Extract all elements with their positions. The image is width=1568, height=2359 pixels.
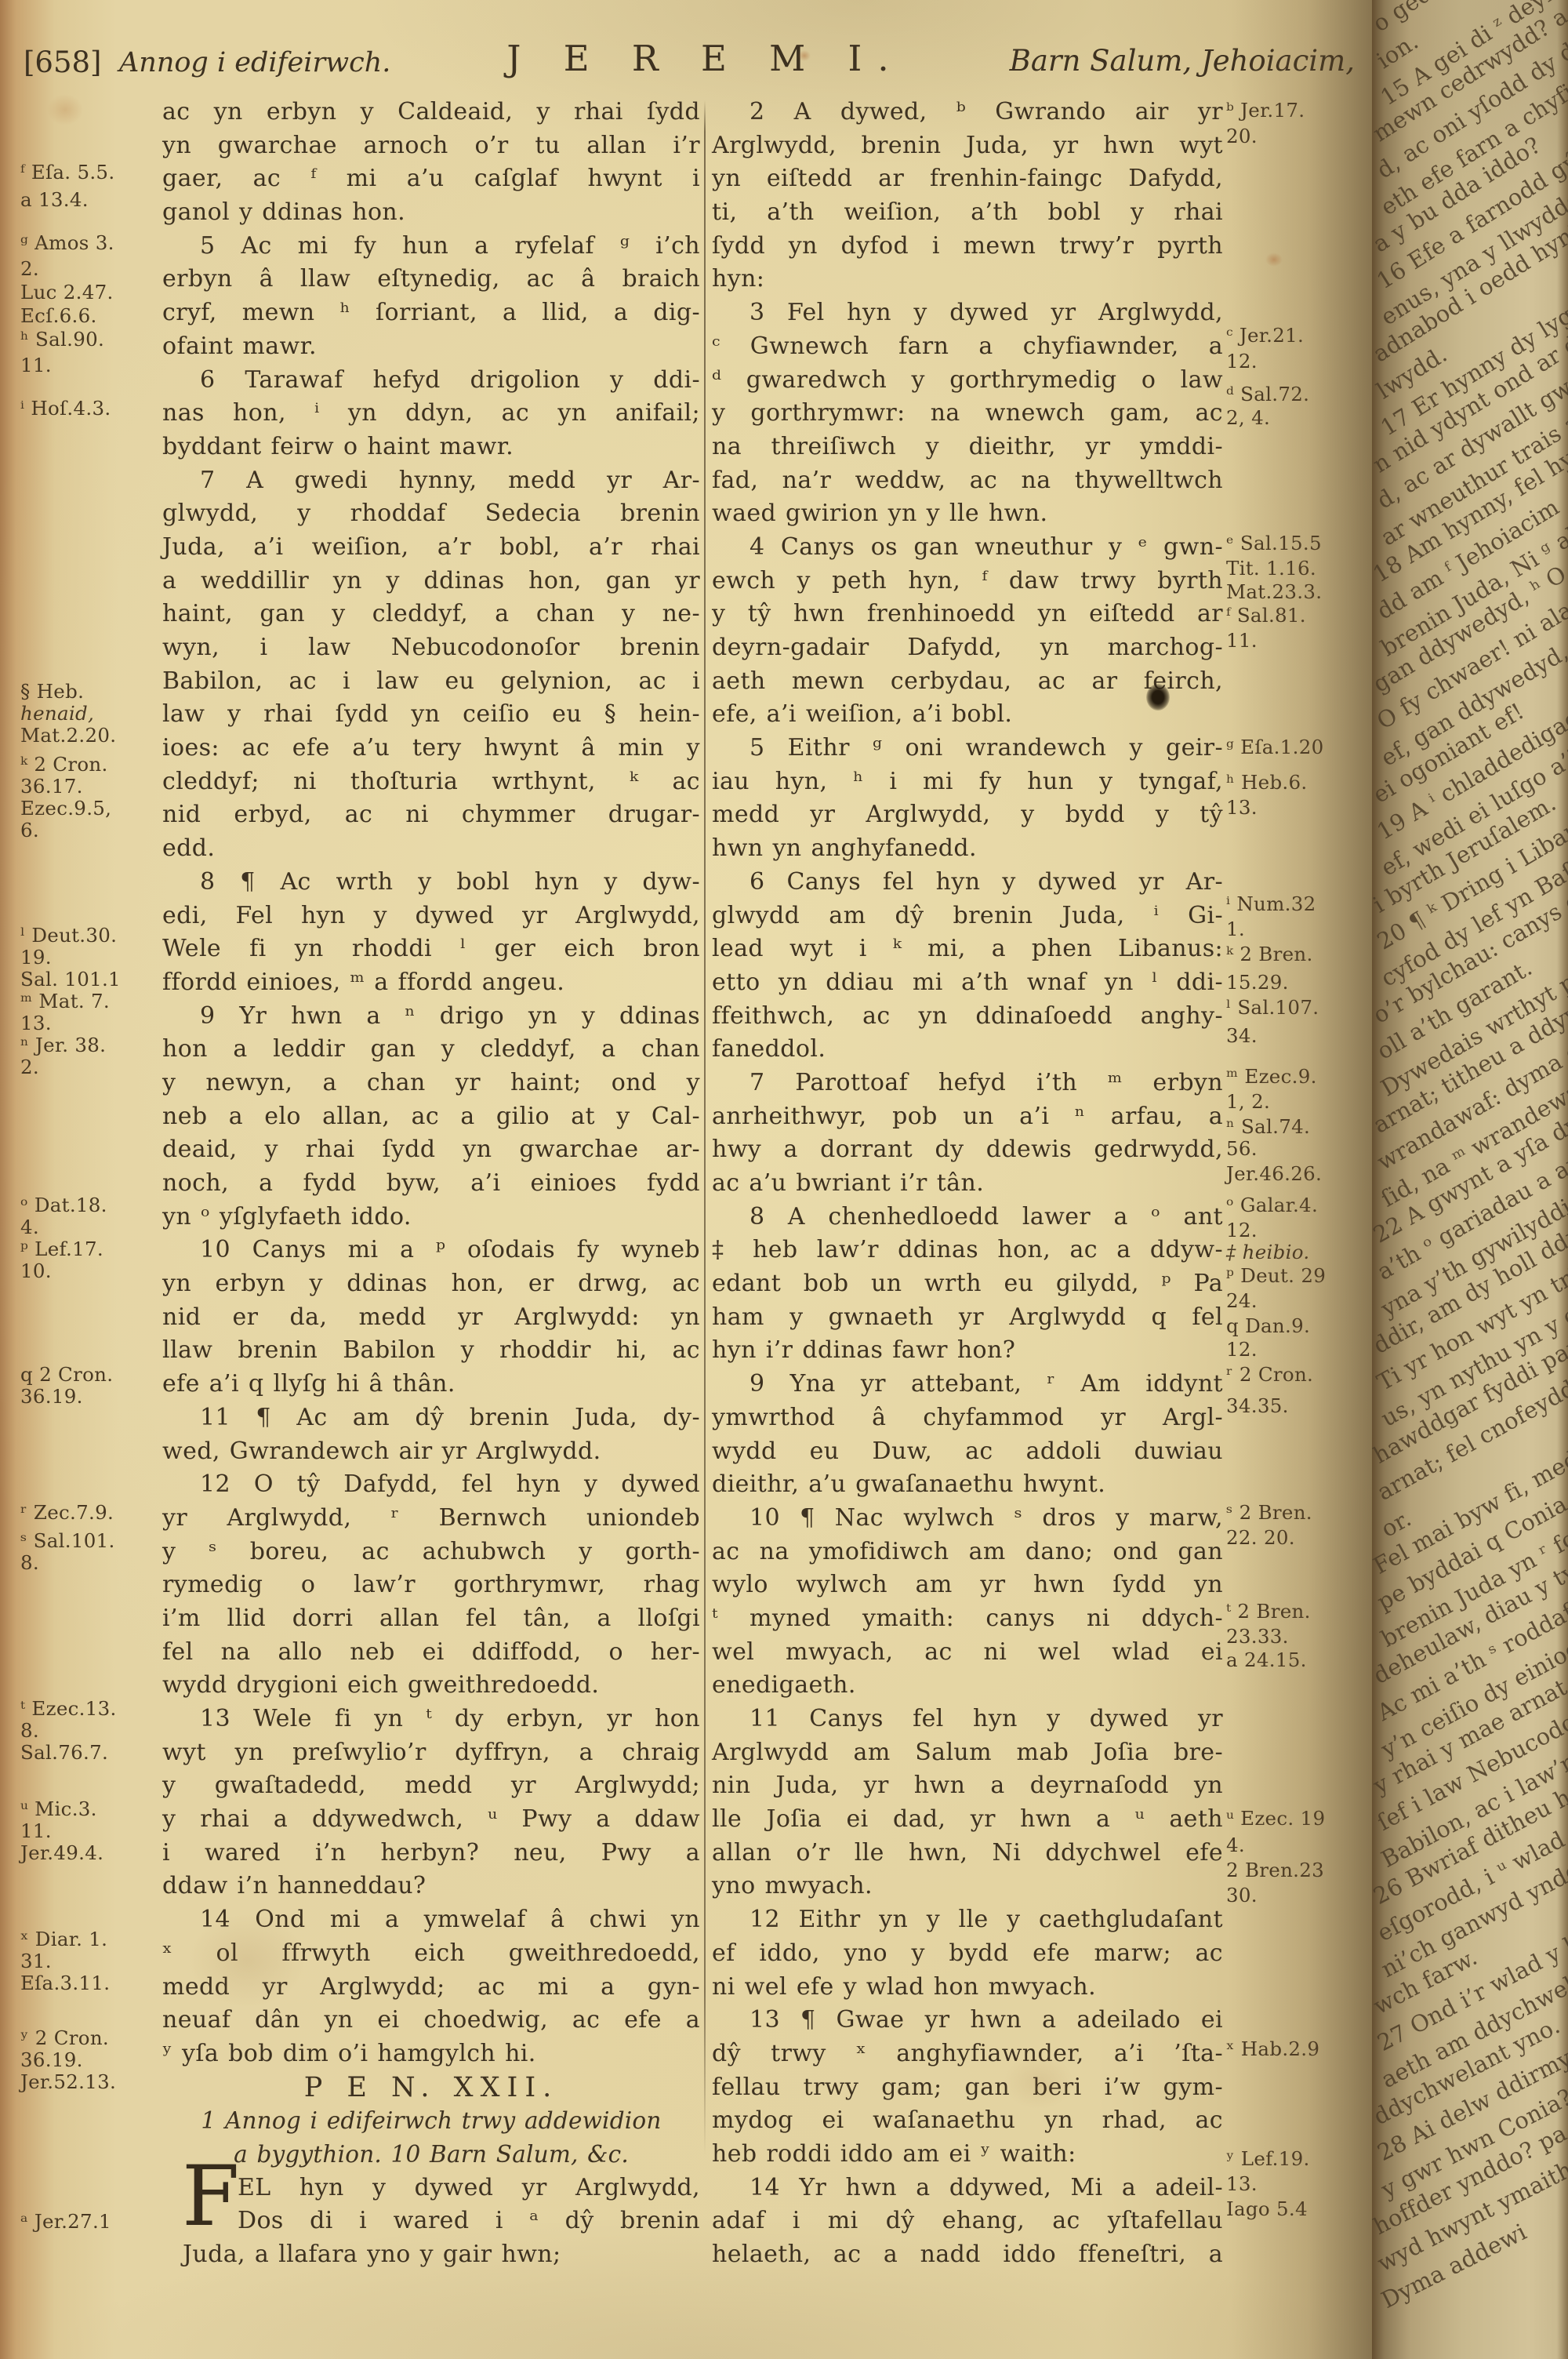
text-line: llaw brenin Babilon y rhoddir hi, ac bbox=[162, 1334, 700, 1368]
text-line: hyn i’r ddinas fawr hon? bbox=[712, 1334, 1223, 1368]
text-line: wed, Gwrandewch air yr Arglwydd. bbox=[162, 1435, 700, 1469]
margin-reference-note: ᶠ Eſa. 5.5. bbox=[20, 162, 114, 183]
text-line: 14 Yr hwn a ddywed, Mi a adeil- bbox=[712, 2172, 1223, 2205]
curled-page-text-fragment: 20 ¶ ᵏ Dring i Libanus, a g bbox=[1372, 776, 1568, 955]
text-line: nas hon, ⁱ yn ddyn, ac yn anifail; bbox=[162, 397, 700, 431]
curled-page-text-fragment: ſef i law Nebucodonoſor bbox=[1373, 1679, 1568, 1836]
text-line: yr Arglwydd, ʳ Bernwch uniondeb bbox=[162, 1502, 700, 1536]
curled-page-text-fragment: wyd hwynt ymaith bbox=[1373, 2156, 1568, 2277]
margin-reference-note: ᵏ 2 Bren. bbox=[1226, 944, 1313, 965]
curled-page-text-fragment: 28 Ai delw ddirmygus ddrylli bbox=[1373, 1987, 1568, 2166]
text-line: deyrn-gadair Dafydd, yn marchog- bbox=[712, 631, 1223, 665]
curled-page-text-fragment: 16 Efe a farnodd gŵyn y tlaw bbox=[1372, 86, 1568, 294]
margin-reference-note: ᵐ Mat. 7. bbox=[20, 991, 110, 1012]
text-line: P E N. XXII. bbox=[162, 2071, 700, 2105]
text-line: nid erbyd, ac ni chymmer drugar- bbox=[162, 798, 700, 832]
curled-page-text-fragment: 22 A gwynt a yſa dy holl fu bbox=[1372, 1070, 1568, 1249]
margin-reference-note: Ecſ.6.6. bbox=[20, 306, 97, 326]
text-line: ti, a’th weiſion, a’th bobl y rhai bbox=[712, 196, 1223, 230]
margin-reference-note: ʸ 2 Cron. bbox=[20, 2028, 109, 2048]
margin-reference-note: ˣ Diar. 1. bbox=[20, 1929, 107, 1950]
margin-reference-note: ʳ 2 Cron. bbox=[1226, 1365, 1313, 1385]
text-line: neb a elo allan, ac a gilio at y Cal- bbox=[162, 1100, 700, 1134]
text-line: 5 Ac mi fy hun a ryfelaf ᵍ i’ch bbox=[162, 230, 700, 264]
text-line: y rhai a ddywedwch, ᵘ Pwy a ddaw bbox=[162, 1803, 700, 1837]
margin-reference-note: 13. bbox=[20, 1013, 52, 1034]
text-line: noch, a fydd byw, a’i einioes fydd bbox=[162, 1167, 700, 1201]
margin-reference-note: 8. bbox=[20, 1721, 39, 1741]
margin-reference-note: ⁱ Num.32 bbox=[1226, 894, 1316, 914]
text-line: cryf, mewn ʰ ſorriant, a llid, a dig- bbox=[162, 296, 700, 330]
text-line: 9 Yna yr attebant, ʳ Am iddynt bbox=[712, 1368, 1223, 1401]
curled-page-text-fragment: cyfod dy lef yn Baſan, a bbox=[1376, 829, 1568, 991]
margin-reference-note: q 2 Cron. bbox=[20, 1365, 113, 1385]
margin-reference-note: ˢ 2 Bren. bbox=[1226, 1503, 1312, 1523]
text-line: wydd drygioni eich gweithredoedd. bbox=[162, 1669, 700, 1703]
text-line: na threiſiwch y dieithr, yr ymddi- bbox=[712, 431, 1223, 464]
margin-reference-note: ᵗ Ezec.13. bbox=[20, 1699, 117, 1719]
margin-reference-note: Mat.23.3. bbox=[1226, 582, 1322, 602]
curled-page-text-fragment: dd am ᶠ Jehoiacim bbox=[1372, 493, 1563, 624]
text-line: allan o’r lle hwn, Ni ddychwel efe bbox=[712, 1837, 1223, 1870]
margin-reference-note: ˣ Hab.2.9 bbox=[1226, 2039, 1319, 2059]
text-line: ofaint mawr. bbox=[162, 330, 700, 364]
margin-reference-note: 12. bbox=[1226, 351, 1258, 372]
text-line: 12 Eithr yn y lle y caethgludaſant bbox=[712, 1903, 1223, 1937]
curled-page-text-fragment: deheulaw, diau y tynnwn di bbox=[1372, 1513, 1568, 1689]
margin-reference-note: 2. bbox=[20, 259, 39, 279]
bible-page-scan: [658] Annog i edifeirwch. J E R E M I. B… bbox=[0, 0, 1568, 2359]
margin-reference-note: Jer.49.4. bbox=[20, 1843, 103, 1863]
margin-reference-note: Tit. 1.16. bbox=[1226, 558, 1316, 579]
margin-reference-note: Jer.52.13. bbox=[20, 2072, 116, 2092]
text-line: hon a leddir gan y cleddyf, a chan bbox=[162, 1033, 700, 1067]
margin-reference-note: 12. bbox=[1226, 1220, 1258, 1241]
text-line: 13 ¶ Gwae yr hwn a adeilado ei bbox=[712, 2004, 1223, 2037]
margin-reference-note: ⁱ Hoſ.4.3. bbox=[20, 398, 111, 419]
curled-page-text-fragment: y rhai y mae arnat ofn eu bbox=[1372, 1636, 1568, 1800]
curled-page-text-fragment: hawddgar fyddi pan bbox=[1372, 1332, 1568, 1469]
margin-reference-note: ᵃ Jer.27.1 bbox=[20, 2212, 111, 2232]
margin-reference-note: 15.29. bbox=[1226, 972, 1289, 993]
text-line: ac na ymofidiwch am dano; ond gan bbox=[712, 1536, 1223, 1569]
margin-reference-note: henaid, bbox=[20, 703, 94, 724]
text-line: y gorthrymwr: na wnewch gam, ac bbox=[712, 397, 1223, 431]
margin-reference-note: 34.35. bbox=[1226, 1396, 1289, 1416]
curled-page-text-fragment: ddychwelant yno. bbox=[1372, 2012, 1564, 2130]
text-line: yn ᵒ yſglyfaeth iddo. bbox=[162, 1201, 700, 1234]
text-line: iau hyn, ʰ i mi fy hun y tyngaf, bbox=[712, 765, 1223, 799]
margin-reference-note: Eſa.3.11. bbox=[20, 1973, 110, 1994]
margin-reference-note: § Heb. bbox=[20, 682, 84, 702]
curled-page-text-fragment: adnabod i oedd hyn? med bbox=[1372, 185, 1568, 368]
curled-page-text-fragment: us, yn nythu yn y cedrw bbox=[1377, 1272, 1568, 1432]
text-line: adaf i mi dŷ ehang, ac yſtafellau bbox=[712, 2205, 1223, 2238]
curled-page-text-fragment: ef, wedi ei luſgo a’i daf bbox=[1376, 722, 1568, 881]
margin-reference-note: 6. bbox=[20, 820, 39, 841]
margin-reference-note: 1, 2. bbox=[1226, 1092, 1270, 1112]
text-line: 5 Eithr ᵍ oni wrandewch y geir- bbox=[712, 732, 1223, 765]
rust-stain bbox=[1265, 253, 1283, 267]
margin-reference-note: 11. bbox=[20, 1821, 52, 1841]
curled-page-text-fragment: o’r bylchau: canys dinyſtr bbox=[1372, 853, 1568, 1028]
text-line: dŷ trwy ˣ anghyfiawnder, a’i ’ſta- bbox=[712, 2037, 1223, 2071]
margin-reference-note: ᵐ Ezec.9. bbox=[1226, 1067, 1317, 1087]
text-line: cleddyf; ni thoſturia wrthynt, ᵏ ac bbox=[162, 765, 700, 799]
margin-reference-note: 56. bbox=[1226, 1139, 1258, 1159]
margin-reference-note: ˢ Sal.101. bbox=[20, 1531, 115, 1551]
curled-page-text-fragment: y’n ceiſio dy einioes, a bbox=[1377, 1615, 1568, 1762]
text-line: 2 A dywed, ᵇ Gwrando air yr bbox=[712, 96, 1223, 129]
text-line: 14 Ond mi a ymwelaf â chwi yn bbox=[162, 1903, 700, 1937]
text-line: anrheithwyr, pob un a’i ⁿ arfau, a bbox=[712, 1100, 1223, 1134]
text-line: y newyn, a chan yr haint; ond y bbox=[162, 1067, 700, 1100]
curled-page-text-fragment: pe byddai q Conia mab bbox=[1373, 1463, 1568, 1616]
curled-page-text-fragment: wch farw. bbox=[1372, 1943, 1482, 2019]
margin-reference-note: ʸ Lef.19. bbox=[1226, 2149, 1310, 2169]
text-line: edd. bbox=[162, 832, 700, 866]
text-line: Juda, a’i weiſion, a’r bobl, a’r rhai bbox=[162, 531, 700, 565]
text-line: 7 Parottoaf hefyd i’th ᵐ erbyn bbox=[712, 1067, 1223, 1100]
text-line: ᵗ myned ymaith: canys ni ddych- bbox=[712, 1602, 1223, 1636]
text-line: enedigaeth. bbox=[712, 1669, 1223, 1703]
text-line: mydog ei waſanaethu yn rhad, ac bbox=[712, 2104, 1223, 2138]
text-line: wyn, i law Nebucodonoſor brenin bbox=[162, 631, 700, 665]
running-header-right: Barn Salum, Jehoiacim, bbox=[862, 44, 1355, 78]
margin-reference-note: Mat.2.20. bbox=[20, 725, 116, 746]
curled-page-text-fragment: ef, gan ddywedyd, Oh Ior! bbox=[1376, 591, 1568, 772]
text-line: aeth mewn cerbydau, ac ar feirch, bbox=[712, 665, 1223, 699]
curled-page-text-fragment: ar wneuthur trais a cham. bbox=[1376, 368, 1568, 551]
text-line: ffeithwch, ac yn ddinaſoedd anghy- bbox=[712, 1000, 1223, 1034]
text-line: neuaf dân yn ei choedwig, ac efe a bbox=[162, 2004, 700, 2037]
margin-reference-note: ᵒ Dat.18. bbox=[20, 1195, 107, 1216]
curled-page-text-fragment: Dyma addewi bbox=[1377, 2218, 1530, 2314]
curled-page-text-fragment: lwydd. bbox=[1372, 340, 1452, 404]
margin-reference-note: 31. bbox=[20, 1951, 52, 1972]
margin-reference-note: 34. bbox=[1226, 1026, 1258, 1046]
text-line: nin Juda, yr hwn a deyrnaſodd yn bbox=[712, 1769, 1223, 1803]
text-line: wydd eu Duw, ac addoli duwiau bbox=[712, 1435, 1223, 1469]
margin-reference-note: 11. bbox=[1226, 631, 1258, 651]
text-line: ioes: ac efe a’u tery hwynt â min y bbox=[162, 732, 700, 765]
text-line: y gwaſtadedd, medd yr Arglwydd; bbox=[162, 1769, 700, 1803]
curled-page-text-fragment: d, ac oni yſodd dy dad, a bbox=[1372, 6, 1568, 184]
curled-page-text-fragment: n nid ydynt ond ar dy ᵉ gyb bbox=[1372, 288, 1568, 478]
text-line: wyt yn preſwylio’r dyffryn, a chraig bbox=[162, 1736, 700, 1770]
curled-page-text-fragment: enus, yna y llwyddodd: bbox=[1376, 165, 1568, 330]
margin-reference-note: ᵖ Lef.17. bbox=[20, 1239, 103, 1259]
text-line: law y rhai ſydd yn ceiſio eu § hein- bbox=[162, 698, 700, 732]
text-line: Babilon, ac i law eu gelynion, ac i bbox=[162, 665, 700, 699]
curled-page-text-fragment: wrandawaf: dyma dy arfer bbox=[1373, 998, 1568, 1176]
text-line: 10 ¶ Nac wylwch ˢ dros y marw, bbox=[712, 1502, 1223, 1536]
curled-page-text-fragment: mewn cedrwydd? a oni f bbox=[1372, 0, 1568, 147]
text-line: i wared i’n herbyn? neu, Pwy a bbox=[162, 1837, 700, 1870]
curled-page-text-fragment: Dywedais wrthyt pan oed bbox=[1376, 929, 1568, 1101]
curled-page-text-fragment: arnat; fel cnofeydd gw bbox=[1373, 1354, 1568, 1506]
text-line: dieithr, a’u gwaſanaethu hwynt. bbox=[712, 1468, 1223, 1502]
margin-reference-note: q Dan.9. bbox=[1226, 1316, 1310, 1336]
text-line: 6 Canys fel hyn y dywed yr Ar- bbox=[712, 866, 1223, 900]
margin-reference-note: 2. bbox=[20, 1057, 39, 1078]
text-line: ‡ heb law’r ddinas hon, ac a ddyw- bbox=[712, 1234, 1223, 1267]
text-line: ewch y peth hyn, ᶠ daw trwy byrth bbox=[712, 565, 1223, 598]
curled-page-text-fragment: brenin Juda, Ni ᵍ alaran bbox=[1376, 493, 1568, 661]
text-line: hwn yn anghyfanedd. bbox=[712, 832, 1223, 866]
margin-reference-note: Sal.76.7. bbox=[20, 1743, 108, 1763]
margin-reference-note: ᵏ 2 Cron. bbox=[20, 754, 108, 775]
text-line: yn erbyn y ddinas hon, er drwg, ac bbox=[162, 1267, 700, 1301]
text-line: 7 A gwedi hynny, medd yr Ar- bbox=[162, 464, 700, 498]
curled-page-text-fragment: Ac mi a’th ˢ roddaf di yn bbox=[1373, 1567, 1568, 1725]
text-line: fel na allo neb ei ddiffodd, o her- bbox=[162, 1636, 700, 1670]
text-line: efe a’i q llyſg hi â thân. bbox=[162, 1368, 700, 1401]
text-line: 3 Fel hyn y dywed yr Arglwydd, bbox=[712, 296, 1223, 330]
curled-page-text-fragment: eth efe farn a chyfiawnder bbox=[1376, 31, 1568, 220]
text-line: 13 Wele fi yn ᵗ dy erbyn, yr hon bbox=[162, 1703, 700, 1736]
text-line: y ˢ boreu, ac achubwch y gorth- bbox=[162, 1536, 700, 1569]
curled-page-text-fragment: 17 Er hynny dy lygaid di bbox=[1376, 267, 1568, 441]
text-line: haint, gan y cleddyf, a chan y ne- bbox=[162, 598, 700, 631]
margin-reference-note: ᵇ Jer.17. bbox=[1226, 100, 1305, 121]
text-line: medd yr Arglwydd; ac mi a gyn- bbox=[162, 1971, 700, 2005]
margin-reference-note: 19. bbox=[20, 947, 52, 968]
text-line: Juda, a llafara yno y gair hwn; bbox=[162, 2238, 700, 2272]
margin-reference-note: ᵗ 2 Bren. bbox=[1226, 1601, 1311, 1622]
margin-reference-note: 23.33. bbox=[1226, 1627, 1289, 1647]
text-line: edant bob un wrth eu gilydd, ᵖ Pa bbox=[712, 1267, 1223, 1301]
margin-reference-note: 24. bbox=[1226, 1291, 1258, 1311]
text-line: hyn: bbox=[712, 263, 1223, 296]
text-line: yn gwarchae arnoch o’r tu allan i’r bbox=[162, 129, 700, 163]
curled-page-text-fragment: 27 Ond i’r wlad y bydd ar bbox=[1373, 1894, 1568, 2056]
text-line: Arglwydd, brenin Juda, yr hwn wyt bbox=[712, 129, 1223, 163]
margin-reference-note: ⁿ Jer. 38. bbox=[20, 1035, 106, 1056]
margin-reference-note: ⁿ Sal.74. bbox=[1226, 1117, 1310, 1137]
margin-reference-note: ʳ Zec.7.9. bbox=[20, 1503, 114, 1523]
text-line: wel mwyach, ac ni wel wlad ei bbox=[712, 1636, 1223, 1670]
margin-reference-note: 11. bbox=[20, 355, 52, 376]
text-line: ham y gwnaeth yr Arglwydd q fel bbox=[712, 1301, 1223, 1335]
text-line: ᶜ Gwnewch farn a chyfiawnder, a bbox=[712, 330, 1223, 364]
curled-page-text-fragment: Ti yr hon wyt yn trig bbox=[1373, 1254, 1568, 1395]
text-line: edi, Fel hyn y dywed yr Arglwydd, bbox=[162, 900, 700, 933]
margin-reference-note: 22. 20. bbox=[1226, 1528, 1295, 1548]
margin-reference-note: 2, 4. bbox=[1226, 408, 1270, 428]
text-line: ymwrthod â chyfammod yr Argl- bbox=[712, 1401, 1223, 1435]
curled-page-text-fragment: a’th ᵒ gariadau a ant i g bbox=[1373, 1125, 1568, 1285]
text-line: ddaw i’n hanneddau? bbox=[162, 1870, 700, 1903]
text-column-right: 2 A dywed, ᵇ Gwrando air yrArglwydd, bre… bbox=[712, 96, 1223, 2272]
margin-reference-note: Ezec.9.5, bbox=[20, 798, 111, 819]
margin-reference-note: Sal. 101.1 bbox=[20, 969, 121, 990]
margin-reference-note: ᵖ Deut. 29 bbox=[1226, 1266, 1326, 1286]
curled-page-text-fragment: aeth am ddychwelyd iddi bbox=[1377, 1934, 1568, 2093]
text-line: 8 ¶ Ac wrth y bobl hyn y dyw- bbox=[162, 866, 700, 900]
curled-page-text-fragment: 15 A gei di ᶻ deyrnaſu, am bbox=[1376, 0, 1568, 111]
margin-reference-note: 8. bbox=[20, 1553, 39, 1573]
curled-facing-page: o gedrwyion.15 A gei di ᶻ deyrnaſu, amme… bbox=[1372, 0, 1568, 2359]
margin-reference-note: Iago 5.4 bbox=[1226, 2199, 1308, 2219]
text-line: 1 Annog i edifeirwch trwy addewidion bbox=[162, 2104, 700, 2138]
text-line: ganol y ddinas hon. bbox=[162, 196, 700, 230]
text-line: efe, a’i weiſion, a’i bobl. bbox=[712, 698, 1223, 732]
margin-reference-note: 12. bbox=[1226, 1339, 1258, 1360]
text-line: ni wel efe y wlad hon mwyach. bbox=[712, 1971, 1223, 2005]
margin-reference-note: Jer.46.26. bbox=[1226, 1164, 1322, 1184]
margin-reference-note: ˡ Sal.107. bbox=[1226, 998, 1319, 1018]
margin-reference-note: a 24.15. bbox=[1226, 1650, 1307, 1670]
text-line: helaeth, ac a nadd iddo ffeneſtri, a bbox=[712, 2238, 1223, 2272]
running-header-left: Annog i edifeirwch. bbox=[119, 47, 390, 78]
curled-page-text-fragment: Babilon, ac i law’r Caldeai bbox=[1377, 1704, 1568, 1873]
text-line: yno mwyach. bbox=[712, 1870, 1223, 1903]
text-line: fad, na’r weddw, ac na thywelltwch bbox=[712, 464, 1223, 498]
curled-page-text-fragment: O fy chwaer! ni alaran bbox=[1372, 576, 1568, 735]
curled-page-text-fragment: eſgorodd, i ᵘ wlad ddieith bbox=[1373, 1783, 1568, 1946]
text-line: nid er da, medd yr Arglwydd: yn bbox=[162, 1301, 700, 1335]
curled-page-text-fragment: ſid, na ᵐ wrandewaiſt bbox=[1377, 1064, 1568, 1212]
margin-reference-note: ᵈ Sal.72. bbox=[1226, 384, 1309, 405]
text-line: ac yn erbyn y Caldeaid, y rhai ſydd bbox=[162, 96, 700, 129]
margin-reference-note: 20. bbox=[1226, 126, 1258, 147]
curled-page-text-fragment: o gedrwy bbox=[1372, 0, 1473, 37]
text-line: deaid, y rhai ſydd yn gwarchae ar- bbox=[162, 1133, 700, 1167]
curled-page-text-fragment: yna y’th gywilyddir, ac bbox=[1377, 1169, 1568, 1322]
text-line: ef iddo, yno y bydd efe marw; ac bbox=[712, 1937, 1223, 1971]
margin-reference-note: 13. bbox=[1226, 2174, 1258, 2194]
text-line: glwydd, y rhoddaf Sedecia brenin bbox=[162, 497, 700, 531]
text-line: a weddillir yn y ddinas hon, gan yr bbox=[162, 565, 700, 598]
text-line: y tŷ hwn frenhinoedd yn eiſtedd ar bbox=[712, 598, 1223, 631]
margin-reference-note: ʰ Sal.90. bbox=[20, 329, 104, 350]
text-line: 10 Canys mi a ᵖ oſodais fy wyneb bbox=[162, 1234, 700, 1267]
curled-page-text-fragment: Fel mai byw fi, medd yr bbox=[1372, 1423, 1568, 1579]
text-line: 6 Tarawaf hefyd drigolion y ddi- bbox=[162, 364, 700, 398]
curled-page-text-fragment: hoffder ynddo? pa ham bbox=[1372, 2093, 1568, 2240]
curled-page-text-fragment: 26 Bwriaf ditheu hefyd, a’th bbox=[1372, 1732, 1568, 1910]
curled-page-text-fragment: ddir, am dy holl ddryg bbox=[1372, 1209, 1568, 1359]
margin-reference-note: ᵍ Amos 3. bbox=[20, 233, 114, 253]
curled-page-text-fragment: 19 A ⁱ chladdedigaeth aſyn y bbox=[1372, 652, 1568, 845]
text-line: hwy a dorrant dy ddewis gedrwydd, bbox=[712, 1133, 1223, 1167]
text-line: 8 A chenhedloedd lawer a ᵒ ant bbox=[712, 1201, 1223, 1234]
text-line: 4 Canys os gan wneuthur y ᵉ gwn- bbox=[712, 531, 1223, 565]
margin-reference-note: ᵘ Ezec. 19 bbox=[1226, 1808, 1325, 1829]
text-line: glwydd am dŷ brenin Juda, ⁱ Gi- bbox=[712, 900, 1223, 933]
text-line: wylo wylwch am yr hwn ſydd yn bbox=[712, 1568, 1223, 1602]
text-line: 11 Canys fel hyn y dywed yr bbox=[712, 1703, 1223, 1736]
margin-reference-note: ᵉ Sal.15.5 bbox=[1226, 533, 1322, 554]
margin-reference-note: 30. bbox=[1226, 1885, 1258, 1906]
text-line: gaer, ac ᶠ mi a’u caſglaf hwynt i bbox=[162, 162, 700, 196]
margin-reference-note: 36.19. bbox=[20, 1387, 83, 1407]
text-line: medd yr Arglwydd, y bydd y tŷ bbox=[712, 798, 1223, 832]
curled-page-text-fragment: i byrth Jeruſalem. bbox=[1372, 790, 1561, 918]
curled-page-text-fragment: y gwr hwn Conia? ai ˣ lleſt bbox=[1377, 2037, 1568, 2203]
text-line: 12 O tŷ Dafydd, fel hyn y dywed bbox=[162, 1468, 700, 1502]
margin-reference-note: 10. bbox=[20, 1261, 52, 1281]
text-line: ˣ ol ffrwyth eich gweithredoedd, bbox=[162, 1937, 700, 1971]
text-line: ac a’u bwriant i’r tân. bbox=[712, 1167, 1223, 1201]
margin-reference-note: 36.17. bbox=[20, 776, 83, 797]
margin-reference-note: Luc 2.47. bbox=[20, 282, 114, 303]
text-line: lle Joſia ei dad, yr hwn a ᵘ aeth bbox=[712, 1803, 1223, 1837]
margin-reference-note: ˡ Deut.30. bbox=[20, 925, 117, 946]
paper-stain bbox=[47, 94, 83, 125]
curled-page-text-fragment: 18 Am hynny, fel hyn y d bbox=[1372, 414, 1568, 587]
text-line: etto yn ddiau mi a’th wnaf yn ˡ ddi- bbox=[712, 966, 1223, 1000]
curled-page-text-fragment: arnat; titheu a ddywe bbox=[1372, 989, 1568, 1139]
curled-page-text-fragment: or. bbox=[1377, 1504, 1416, 1542]
text-line: heb roddi iddo am ei ʸ waith: bbox=[712, 2138, 1223, 2172]
curled-page-text-fragment: ion. bbox=[1372, 27, 1423, 74]
curled-page-text-fragment: ni’ch ganwyd ynddi; ac y bbox=[1377, 1824, 1568, 1983]
text-line: byddant feirw o haint mawr. bbox=[162, 431, 700, 464]
text-line: ʸ yſa bob dim o’i hamgylch hi. bbox=[162, 2037, 700, 2071]
margin-reference-note: 13. bbox=[1226, 798, 1258, 818]
text-line: waed gwirion yn y lle hwn. bbox=[712, 497, 1223, 531]
text-line: ſydd yn dyfod i mewn trwy’r pyrth bbox=[712, 230, 1223, 264]
column-divider-rule bbox=[704, 100, 706, 2155]
margin-reference-note: ʰ Heb.6. bbox=[1226, 772, 1308, 793]
margin-reference-note: ᵍ Eſa.1.20 bbox=[1226, 737, 1323, 758]
margin-reference-note: 1. bbox=[1226, 919, 1245, 940]
margin-reference-note: ᵘ Mic.3. bbox=[20, 1799, 97, 1819]
text-line: Arglwydd am Salum mab Joſia bre- bbox=[712, 1736, 1223, 1770]
text-line: i’m llid dorri allan fel tân, a lloſgi bbox=[162, 1602, 700, 1636]
margin-reference-note: 4. bbox=[20, 1217, 39, 1238]
text-line: yn eiſtedd ar frenhin-faingc Dafydd, bbox=[712, 162, 1223, 196]
text-line: 9 Yr hwn a ⁿ drigo yn y ddinas bbox=[162, 1000, 700, 1034]
curled-page-text-fragment: gan ddywedyd, ʰ O fy mr bbox=[1372, 525, 1568, 698]
text-line: a bygythion. 10 Barn Salum, &c. bbox=[162, 2138, 700, 2172]
margin-reference-note: 36.19. bbox=[20, 2050, 83, 2070]
margin-reference-note: 2 Bren.23 bbox=[1226, 1860, 1324, 1881]
margin-reference-note: ‡ heibio. bbox=[1226, 1242, 1309, 1263]
text-line: rymedig o law’r gorthrymwr, rhag bbox=[162, 1568, 700, 1602]
curled-page-text-fragment: d, ac ar dywallt gwaed gwi bbox=[1372, 325, 1568, 514]
curled-page-text-fragment: brenin Juda yn ʳ fodrw bbox=[1377, 1503, 1568, 1652]
text-column-left: ac yn erbyn y Caldeaid, y rhai ſyddyn gw… bbox=[162, 96, 700, 2272]
chapter-drop-cap: F bbox=[182, 2155, 240, 2238]
margin-reference-note: a 13.4. bbox=[20, 190, 89, 210]
text-line: erbyn â llaw eſtynedig, ac â braich bbox=[162, 263, 700, 296]
text-line: faneddol. bbox=[712, 1033, 1223, 1067]
curled-page-text-fragment: oll a’th garant. bbox=[1372, 954, 1537, 1065]
margin-reference-note: ᶜ Jer.21. bbox=[1226, 325, 1304, 346]
curled-page-text-fragment: a y bu dda iddo? bbox=[1372, 131, 1545, 257]
text-line: Wele fi yn rhoddi ˡ ger eich bron bbox=[162, 932, 700, 966]
text-line: 11 ¶ Ac am dŷ brenin Juda, dy- bbox=[162, 1401, 700, 1435]
margin-reference-note: ᵒ Galar.4. bbox=[1226, 1195, 1318, 1216]
text-line: ᵈ gwaredwch y gorthrymedig o law bbox=[712, 364, 1223, 398]
text-line: Dos di i wared i ᵃ dŷ brenin bbox=[162, 2205, 700, 2238]
text-line: fellau trwy gam; gan beri i’w gym- bbox=[712, 2071, 1223, 2105]
margin-reference-note: 4. bbox=[1226, 1835, 1245, 1856]
curled-page-text-fragment: ei ogoniant ef! bbox=[1372, 697, 1529, 808]
text-line: lead wyt i ᵏ mi, a phen Libanus: bbox=[712, 932, 1223, 966]
text-line: ffordd einioes, ᵐ a ffordd angeu. bbox=[162, 966, 700, 1000]
page-number: [658] bbox=[24, 45, 102, 79]
text-line: EL hyn y dywed yr Arglwydd, bbox=[162, 2172, 700, 2205]
margin-reference-note: ᶠ Sal.81. bbox=[1226, 605, 1306, 626]
